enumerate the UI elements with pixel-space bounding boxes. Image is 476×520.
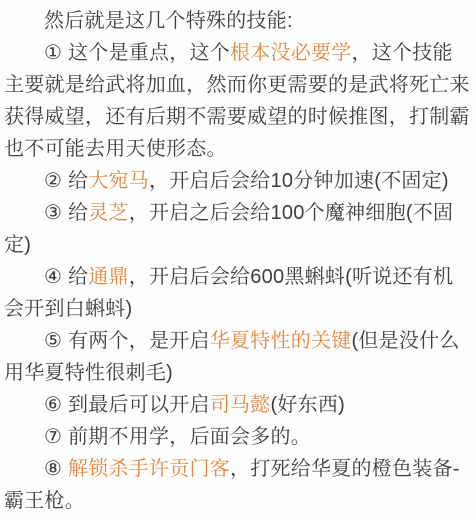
highlight-segment: 灵芝 (88, 202, 129, 224)
skill-note-6: ⑥ 到最后可以开启司马懿(好东西) (4, 389, 472, 421)
highlight-segment: 通鼎 (88, 266, 129, 288)
highlight-segment: 根本没必要学 (230, 42, 352, 64)
skill-note-7: ⑦ 前期不用学，后面会多的。 (4, 421, 472, 453)
text-segment: ③ 给 (44, 202, 88, 224)
skill-note-2: ② 给大宛马，开启后会给10分钟加速(不固定) (4, 165, 472, 197)
text-segment: ⑥ 到最后可以开启 (44, 394, 210, 416)
article-body: 然后就是这几个特殊的技能: ① 这个是重点，这个根本没必要学，这个技能主要就是给… (0, 0, 476, 520)
text-segment: ，开启后会给10分钟加速(不固定) (149, 170, 449, 192)
skill-note-4: ④ 给通鼎，开启后会给600黑蝌蚪(听说还有机会开到白蝌蚪) (4, 261, 472, 325)
intro-line: 然后就是这几个特殊的技能: (4, 5, 472, 37)
highlight-segment: 解锁杀手许贡门客 (68, 458, 230, 480)
text-segment: ② 给 (44, 170, 88, 192)
text-segment: ⑧ (44, 458, 68, 480)
text-segment: ⑤ 有两个，是开启 (44, 330, 210, 352)
skill-note-1: ① 这个是重点，这个根本没必要学，这个技能主要就是给武将加血，然而你更需要的是武… (4, 37, 472, 165)
text-segment: ④ 给 (44, 266, 88, 288)
skill-note-3: ③ 给灵芝，开启之后会给100个魔神细胞(不固定) (4, 197, 472, 261)
text-segment: ① 这个是重点，这个 (44, 42, 230, 64)
skill-note-8: ⑧ 解锁杀手许贡门客，打死给华夏的橙色装备-霸王枪。 (4, 453, 472, 517)
text-segment: (好东西) (271, 394, 346, 416)
highlight-segment: 大宛马 (88, 170, 149, 192)
skill-note-5: ⑤ 有两个，是开启华夏特性的关键(但是没什么用华夏特性很刺毛) (4, 325, 472, 389)
highlight-segment: 司马懿 (210, 394, 271, 416)
text-segment: ⑦ 前期不用学，后面会多的。 (44, 426, 311, 448)
highlight-segment: 华夏特性的关键 (210, 330, 352, 352)
text-segment: 然后就是这几个特殊的技能: (44, 10, 293, 32)
